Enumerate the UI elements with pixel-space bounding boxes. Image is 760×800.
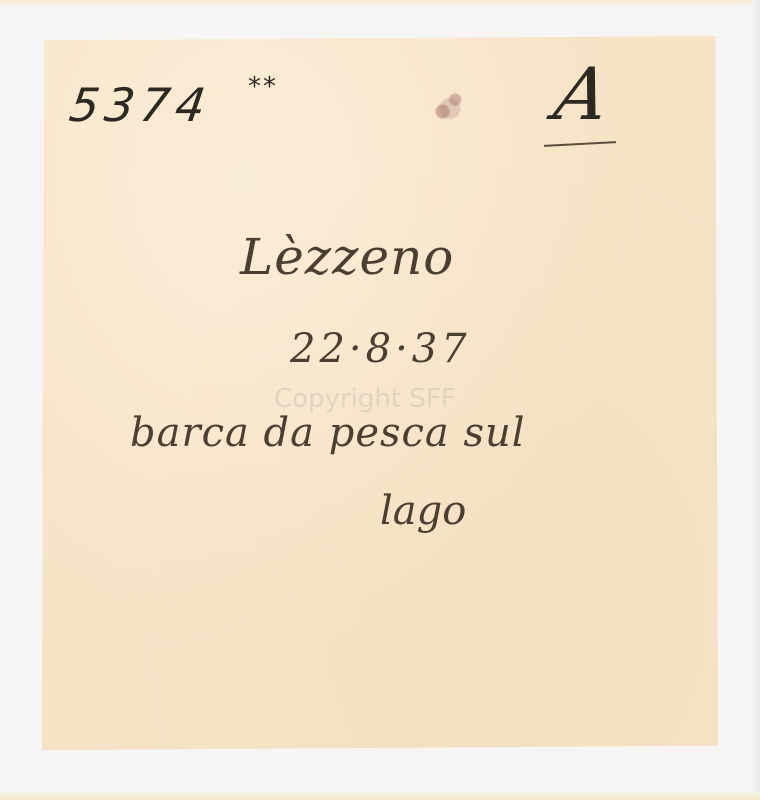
top-edge-strip — [0, 0, 760, 6]
description-line-2: lago — [380, 488, 466, 534]
catalog-number: 5374 — [66, 78, 215, 132]
description-line-1: barca da pesca sul — [130, 410, 526, 456]
bottom-edge-strip — [0, 792, 760, 800]
date: 22·8·37 — [290, 326, 471, 372]
place-name: Lèzzeno — [240, 228, 454, 286]
mount-edge — [752, 0, 760, 800]
stain-mark — [430, 92, 466, 122]
catalog-stars: ** — [248, 72, 278, 102]
